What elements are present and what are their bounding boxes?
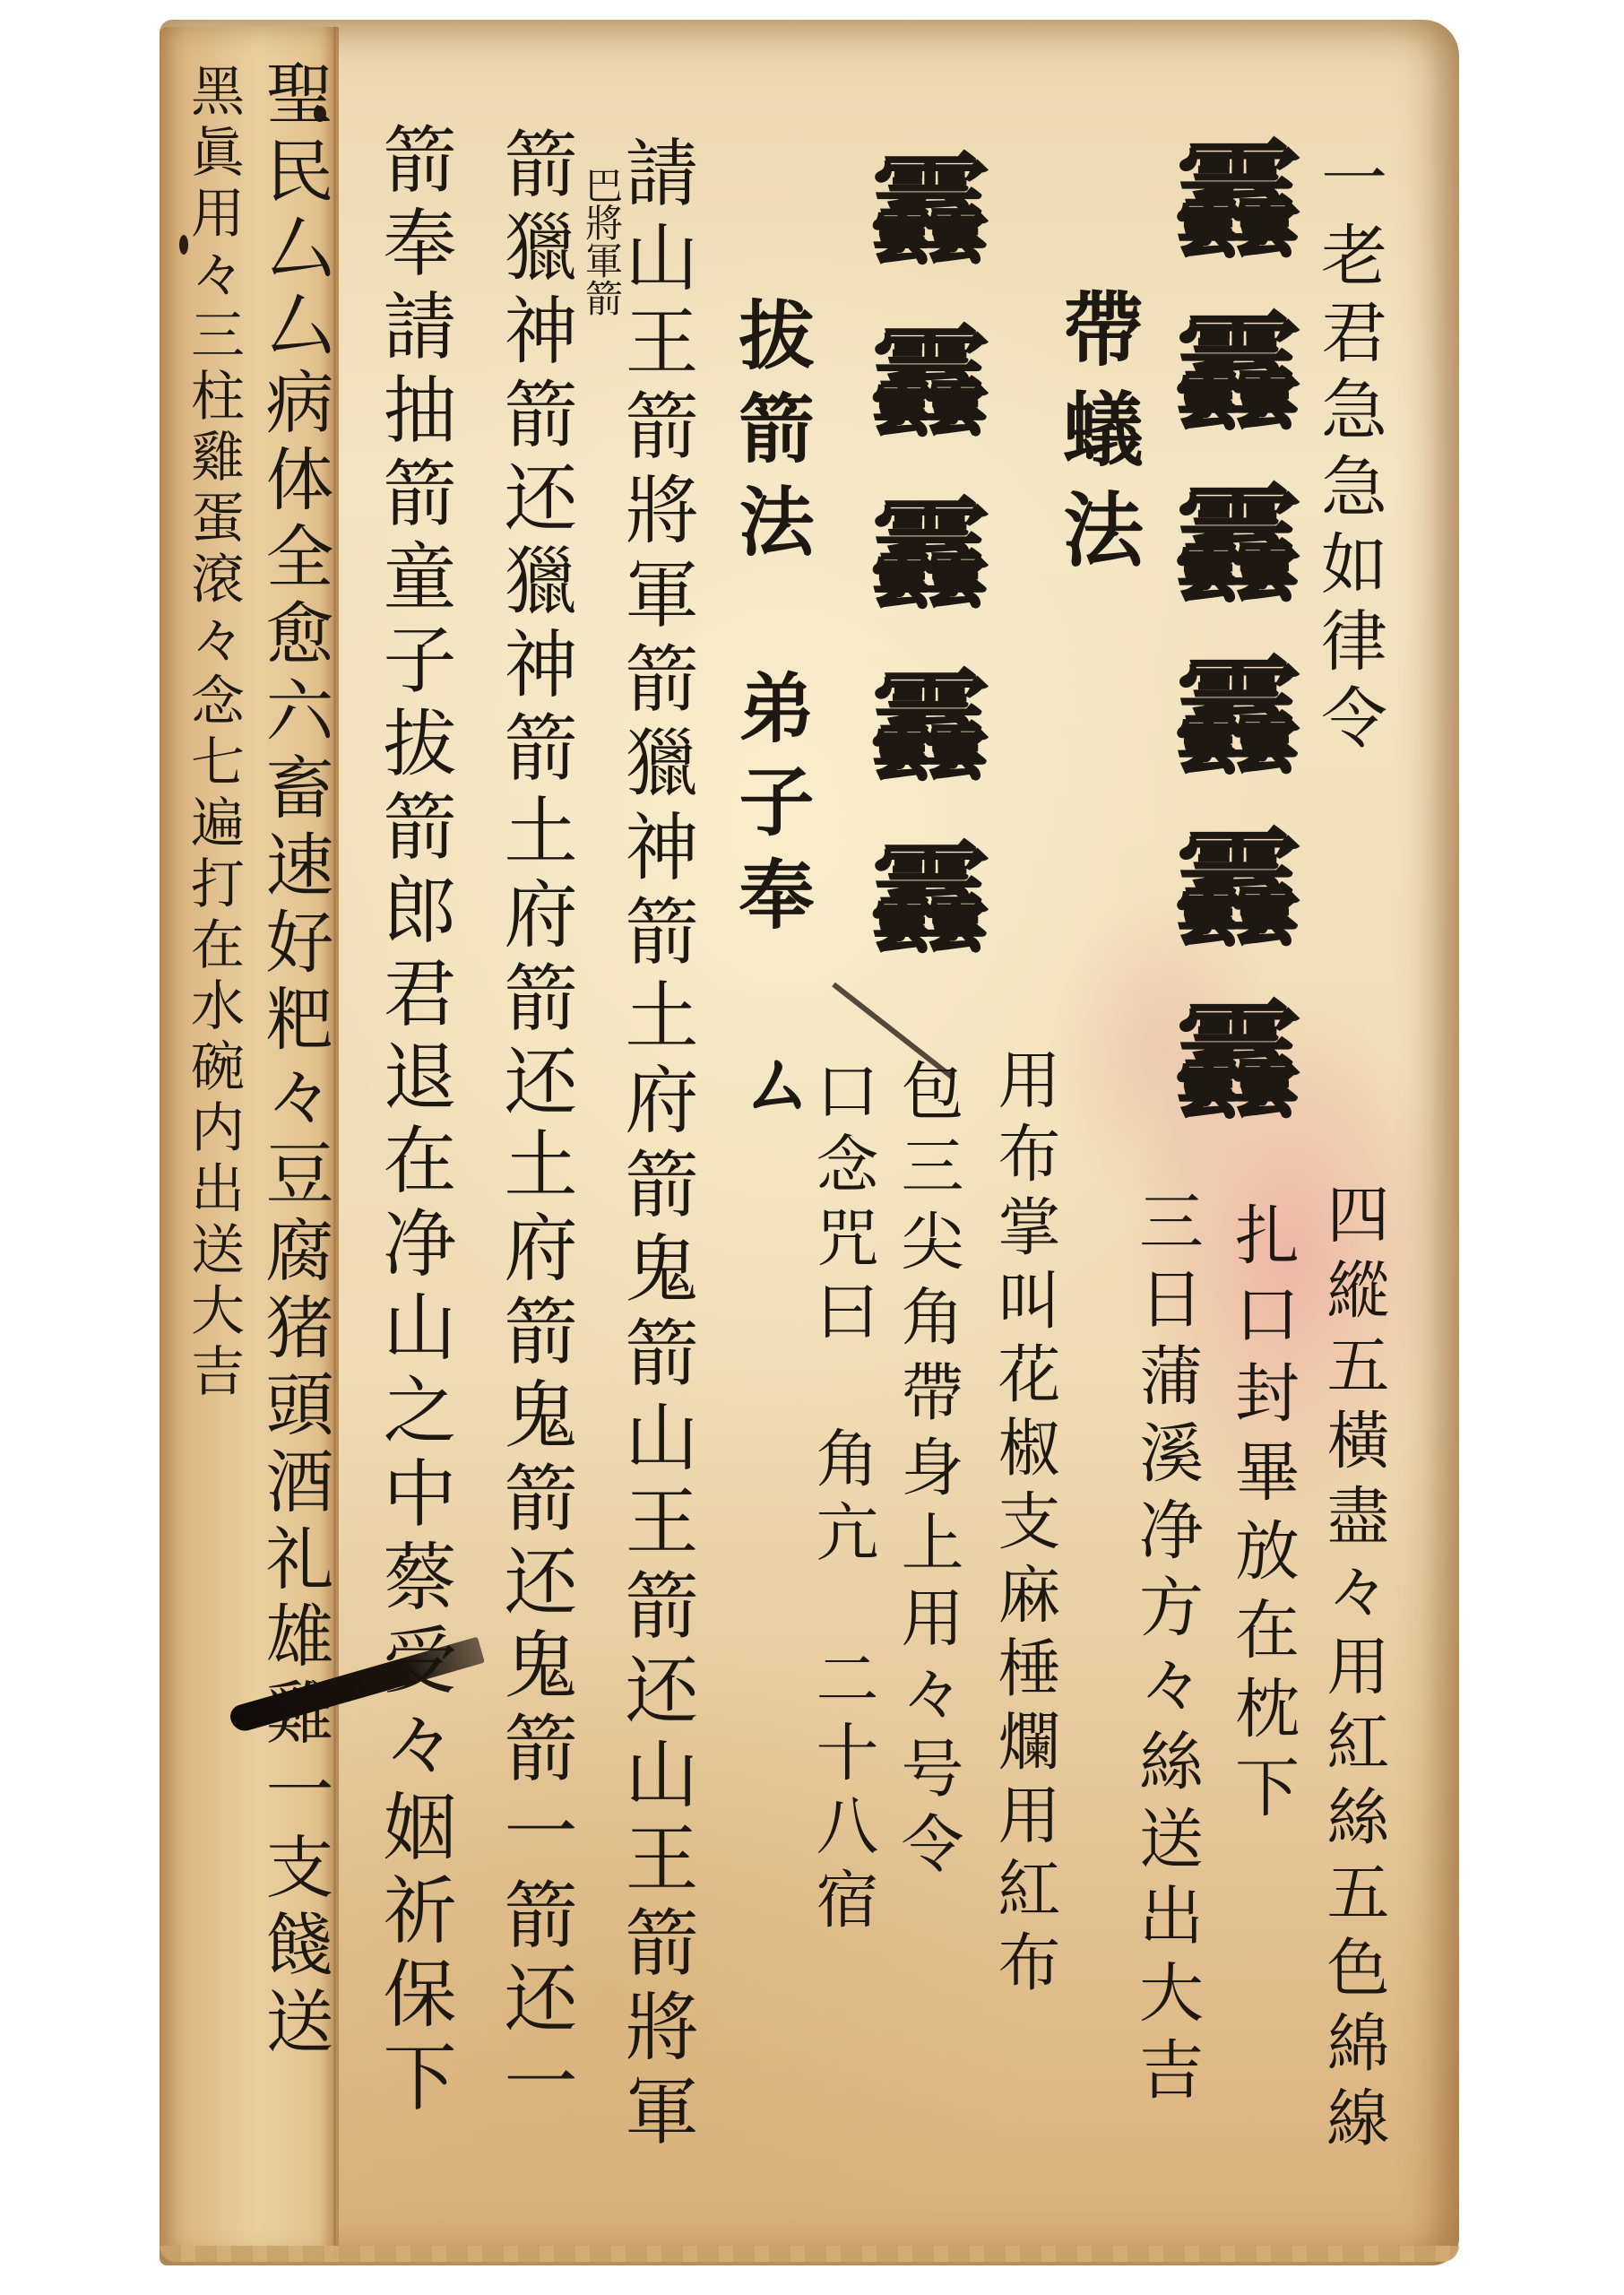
column-instruction-pillow: 扎口封畢放在枕下	[1230, 1201, 1294, 1832]
interlinear-note-general: 巴將軍箭	[583, 166, 620, 316]
torn-bottom-edge	[160, 2246, 1459, 2262]
column-instruction-three-days: 三日蒲溪净方々絲送出大吉	[1134, 1188, 1198, 2113]
column-instruction-cloth-pepper: 用布掌叫花椒支麻棰爛用紅布	[993, 1047, 1056, 2003]
section-title-ba-jian-fa: 拔箭法 弟子奉 ㄙ	[733, 296, 808, 1135]
column-talisman-glyphs-2: 䨺䨺䨺䨺䨺	[860, 148, 979, 1009]
section-title-dai-yi-fa: 帶蟻法	[1056, 287, 1136, 588]
column-blessing-recovery: 聖民厶厶病体全愈六畜速好粑々豆腐猪頭酒礼雄雞一支餞送	[260, 58, 328, 2063]
column-incantation-ending: 一老君急急如律令	[1316, 143, 1382, 760]
column-invocation-hunting-god: 箭獵神箭还獵神箭土府箭还土府箭鬼箭还鬼箭一箭还一	[497, 126, 571, 2126]
column-margin-egg-ritual: 黑眞用々三柱雞蛋滾々念七遍打在水碗内出送大吉	[186, 63, 240, 1404]
column-instruction-silk-thread: 四縱五橫盡々用紅絲五色綿線	[1322, 1182, 1385, 2161]
column-recite-spell: 口念咒曰 角亢 二十八宿	[811, 1058, 874, 1940]
column-instruction-wrap-triangle: 包三尖角帶身上用々号令	[896, 1058, 959, 1886]
column-talisman-glyphs-1: 䨺䨺䨺䨺䨺䨺	[1165, 134, 1291, 1167]
column-invocation-mountain-king: 請山王箭將軍箭獵神箭土府箭鬼箭山王箭还山王箭將軍	[618, 134, 692, 2157]
column-invocation-arrow-boy: 箭奉請抽箭童子拔箭郎君退在净山之中蔡受々姻祈保下	[376, 121, 450, 2122]
